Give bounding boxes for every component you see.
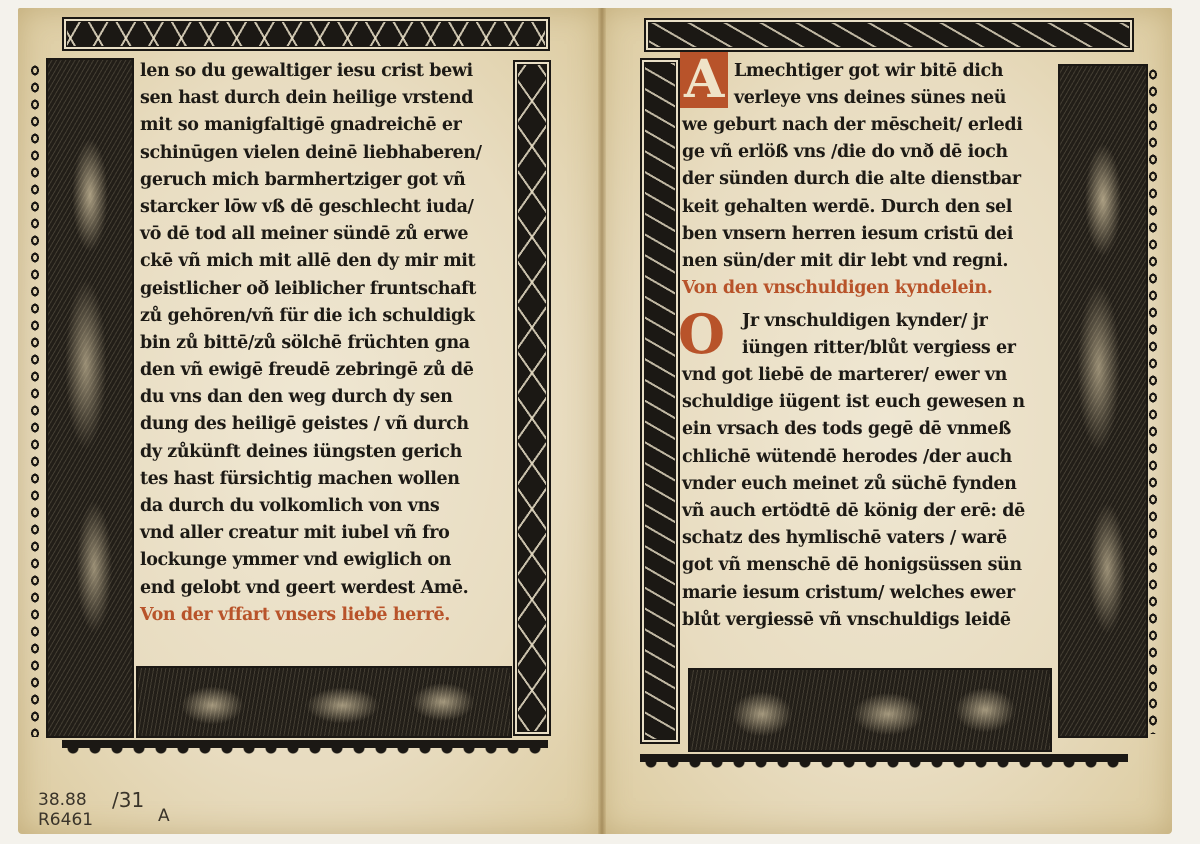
text-line: geistlicher oð leiblicher fruntschaft — [140, 276, 482, 303]
left-top-border-ornament — [62, 17, 550, 51]
right-bottom-fox-rooster-woodcut — [688, 668, 1052, 752]
text-line: geruch mich barmhertziger got vñ — [140, 167, 482, 194]
initial-letter-a: A — [680, 52, 728, 108]
left-figures-column-woodcut — [46, 58, 134, 738]
right-page-text-o-cont: vnd got liebē de marterer/ ewer vn schul… — [682, 362, 1025, 634]
text-line: ben vnsern herren iesum cristū dei — [682, 221, 1023, 248]
text-line: den vñ ewigē freudē zebringē zů dē — [140, 357, 482, 384]
text-line: Jr vnschuldigen kynder/ jr — [742, 308, 1016, 335]
text-line: vnd aller creatur mit iubel vñ fro — [140, 520, 482, 547]
left-inner-floral-column — [513, 60, 551, 736]
text-line: we geburt nach der mēscheit/ erledi — [682, 112, 1023, 139]
text-line: ein vrsach des tods gegē dē vnmeß — [682, 416, 1025, 443]
text-line: schuldige iügent ist euch gewesen n — [682, 389, 1025, 416]
text-line: ckē vñ mich mit allē den dy mir mit — [140, 248, 482, 275]
right-outer-wavy-border — [1146, 66, 1160, 734]
right-figures-column-woodcut — [1058, 64, 1148, 738]
text-line: iüngen ritter/blůt vergiess er — [742, 335, 1016, 362]
text-line: da durch du volkomlich von vns — [140, 493, 482, 520]
text-line: chlichē wütendē herodes /der auch — [682, 444, 1025, 471]
text-line: schatz des hymlischē vaters / warē — [682, 525, 1025, 552]
text-line: der sünden durch die alte dienstbar — [682, 166, 1023, 193]
text-line: keit gehalten werdē. Durch den sel — [682, 194, 1023, 221]
text-line: nen sün/der mit dir lebt vnd regni. — [682, 248, 1023, 275]
right-top-border-ornament — [644, 18, 1134, 52]
text-line: tes hast fürsichtig machen wollen — [140, 466, 482, 493]
text-line: lockunge ymmer vnd ewiglich on — [140, 547, 482, 574]
right-page-text-a: Lmechtiger got wir bitē dich verleye vns… — [734, 58, 1006, 112]
text-line: vō dē tod all meiner sündē zů erwe — [140, 221, 482, 248]
rubric-heading: Von der vffart vnsers liebē herrē. — [140, 602, 482, 629]
accession-number: 38.88 R6461 — [38, 790, 93, 830]
accession-slash-number: /31 — [112, 790, 144, 810]
left-page-text: len so du gewaltiger iesu crist bewi sen… — [140, 58, 482, 629]
text-line: end gelobt vnd geert werdest Amē. — [140, 575, 482, 602]
text-line: marie iesum cristum/ welches ewer — [682, 580, 1025, 607]
left-bottom-scalloped-border — [62, 740, 548, 776]
text-line: len so du gewaltiger iesu crist bewi — [140, 58, 482, 85]
accession-letter: A — [158, 806, 170, 826]
right-inner-leaf-column — [640, 58, 680, 744]
text-line: ge vñ erlöß vns /die do vnð dē ioch — [682, 139, 1023, 166]
text-line: blůt vergiessē vñ vnschuldigs leidē — [682, 607, 1025, 634]
accession-line-2: R6461 — [38, 810, 93, 830]
right-bottom-foliate-border — [640, 754, 1128, 788]
book-gutter — [598, 8, 606, 834]
text-line: bin zů bittē/zů sölchē früchten gna — [140, 330, 482, 357]
rubric-heading: Von den vnschuldigen kyndelein. — [682, 275, 1023, 302]
text-line: mit so manigfaltigē gnadreichē er — [140, 112, 482, 139]
accession-line-1: 38.88 — [38, 790, 93, 810]
left-bottom-creatures-woodcut — [136, 666, 512, 738]
text-line: Lmechtiger got wir bitē dich — [734, 58, 1006, 85]
right-page-text-a-cont: we geburt nach der mēscheit/ erledi ge v… — [682, 112, 1023, 302]
text-line: zů gehōren/vñ für die ich schuldigk — [140, 303, 482, 330]
text-line: du vns dan den weg durch dy sen — [140, 384, 482, 411]
text-line: schinūgen vielen deinē liebhaberen/ — [140, 140, 482, 167]
right-page-text-o: Jr vnschuldigen kynder/ jr iüngen ritter… — [742, 308, 1016, 362]
text-line: vñ auch ertödtē dē könig der erē: dē — [682, 498, 1025, 525]
text-line: starcker lōw vß dē geschlecht iuda/ — [140, 194, 482, 221]
text-line: dung des heiligē geistes / vñ durch — [140, 411, 482, 438]
initial-letter-o: O — [678, 306, 725, 362]
text-line: dy zůkünft deines iüngsten gerich — [140, 439, 482, 466]
text-line: verleye vns deines sünes neü — [734, 85, 1006, 112]
text-line: sen hast durch dein heilige vrstend — [140, 85, 482, 112]
text-line: vnder euch meinet zů süchē fynden — [682, 471, 1025, 498]
text-line: vnd got liebē de marterer/ ewer vn — [682, 362, 1025, 389]
left-outer-wavy-border — [28, 62, 42, 737]
text-line: got vñ menschē dē honigsüssen sün — [682, 552, 1025, 579]
